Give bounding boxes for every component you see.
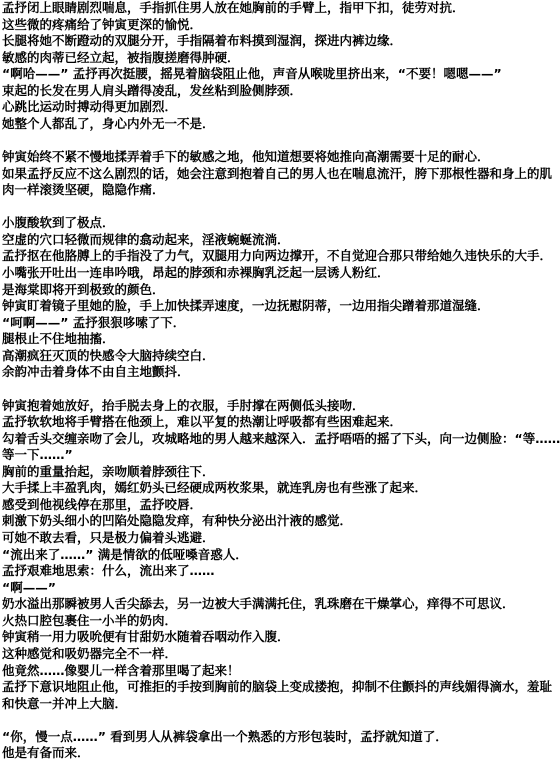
text-line: 可她不敢去看，只是极力偏着头逃避． xyxy=(2,530,560,547)
text-line: 这些微的疼痛给了钟寅更深的愉悦． xyxy=(2,17,560,34)
text-line: 腿根止不住地抽搐． xyxy=(2,331,560,348)
text-line: 胸前的重量抬起，亲吻顺着脖颈往下． xyxy=(2,464,560,481)
text-line: 小腹酸软到了极点． xyxy=(2,215,560,232)
text-line: 勾着舌头交缠亲吻了会儿，攻城略地的男人越来越深入．孟抒唔唔的摇了下头，向一边侧脸… xyxy=(2,431,560,448)
text-line: 心跳比运动时搏动得更加剧烈． xyxy=(2,99,560,116)
text-line: 束起的长发在男人肩头蹭得凌乱，发丝粘到脸侧脖颈． xyxy=(2,83,560,100)
text-line: 这种感觉和吸奶器完全不一样． xyxy=(2,646,560,663)
text-line: 孟抒抠在他胳膊上的手指没了力气，双腿用力向两边撑开，不自觉迎合那只带给她久违快乐… xyxy=(2,248,560,265)
text-line: 小嘴张开吐出一连串吟哦，昂起的脖颈和赤裸胸乳泛起一层诱人粉红． xyxy=(2,265,560,282)
text-line xyxy=(2,712,560,729)
text-line: 孟抒下意识地阻止他，可推拒的手按到胸前的脑袋上变成搂抱，抑制不住颤抖的声线媚得滴… xyxy=(2,679,560,696)
text-line: “流出来了……” 满是情欲的低哑嗓音惑人． xyxy=(2,547,560,564)
text-line: “你，慢一点……” 看到男人从裤袋拿出一个熟悉的方形包装时，孟抒就知道了． xyxy=(2,729,560,746)
text-line: 孟抒软软地将手臂搭在他颈上，难以平复的热潮让呼吸都有些困难起来． xyxy=(2,414,560,431)
text-line: 长腿将她不断蹬动的双腿分开，手指隔着布料摸到湿润，探进内裤边缘． xyxy=(2,33,560,50)
text-line: 敏感的肉蒂已经立起，被指腹搓磨得肿硬． xyxy=(2,50,560,67)
novel-text-page: 孟抒闭上眼睛剧烈喘息，手指抓住男人放在她胸前的手臂上，指甲下扣，徒劳对抗．这些微… xyxy=(0,0,560,762)
text-line: 感受到他视线停在那里，孟抒咬唇． xyxy=(2,497,560,514)
text-line: 等一下……” xyxy=(2,447,560,464)
text-line: 余韵冲击着身体不由自主地颤抖． xyxy=(2,364,560,381)
text-line xyxy=(2,199,560,216)
text-line: 火热口腔包裹住一小半的奶肉． xyxy=(2,613,560,630)
text-line: 大手揉上丰盈乳肉，嫣红奶头已经硬成两枚浆果，就连乳房也有些涨了起来． xyxy=(2,480,560,497)
text-line: 钟寅稍一用力吸吮便有甘甜奶水随着吞咽动作入腹． xyxy=(2,629,560,646)
text-line: 和快意一并冲上大脑． xyxy=(2,696,560,713)
text-line: 是海棠即将开到极致的颜色． xyxy=(2,282,560,299)
text-line: “呵啊——” 孟抒狠狠哆嗦了下． xyxy=(2,315,560,332)
text-line xyxy=(2,133,560,150)
text-line: 他是有备而来． xyxy=(2,745,560,762)
text-line: 空虚的穴口轻微而规律的翕动起来，淫液蜿蜒流淌． xyxy=(2,232,560,249)
text-line: “啊哈——” 孟抒再次挺腰，摇晃着脑袋阻止他，声音从喉咙里挤出来，“不要！嗯嗯—… xyxy=(2,66,560,83)
text-line: 肉一样滚烫坚硬，隐隐作痛． xyxy=(2,182,560,199)
text-line: 孟抒闭上眼睛剧烈喘息，手指抓住男人放在她胸前的手臂上，指甲下扣，徒劳对抗． xyxy=(2,0,560,17)
text-line: 他竟然……像婴儿一样含着那里喝了起来！ xyxy=(2,663,560,680)
text-line: 孟抒艰难地思索：什么，流出来了…… xyxy=(2,563,560,580)
text-line: 钟寅盯着镜子里她的脸，手上加快揉弄速度，一边抚慰阴蒂，一边用指尖蹭着那道湿缝． xyxy=(2,298,560,315)
text-line: 钟寅抱着她放好，抬手脱去身上的衣服，手肘撑在两侧低头接吻． xyxy=(2,398,560,415)
text-line: 刺激下奶头细小的凹陷处隐隐发痒，有种快分泌出汁液的感觉． xyxy=(2,513,560,530)
text-line: “啊——” xyxy=(2,580,560,597)
text-line: 奶水溢出那瞬被男人舌尖舔去，另一边被大手满满托住，乳珠磨在干燥掌心，痒得不可思议… xyxy=(2,596,560,613)
text-line: 她整个人都乱了，身心内外无一不是． xyxy=(2,116,560,133)
text-line: 钟寅始终不紧不慢地揉弄着手下的敏感之地，他知道想要将她推向高潮需要十足的耐心． xyxy=(2,149,560,166)
text-line: 高潮疯狂灭顶的快感令大脑持续空白． xyxy=(2,348,560,365)
text-line xyxy=(2,381,560,398)
text-line: 如果孟抒反应不这么剧烈的话，她会注意到抱着自己的男人也在喘息流汗，胯下那根性器和… xyxy=(2,166,560,183)
text-content: 孟抒闭上眼睛剧烈喘息，手指抓住男人放在她胸前的手臂上，指甲下扣，徒劳对抗．这些微… xyxy=(2,0,560,762)
